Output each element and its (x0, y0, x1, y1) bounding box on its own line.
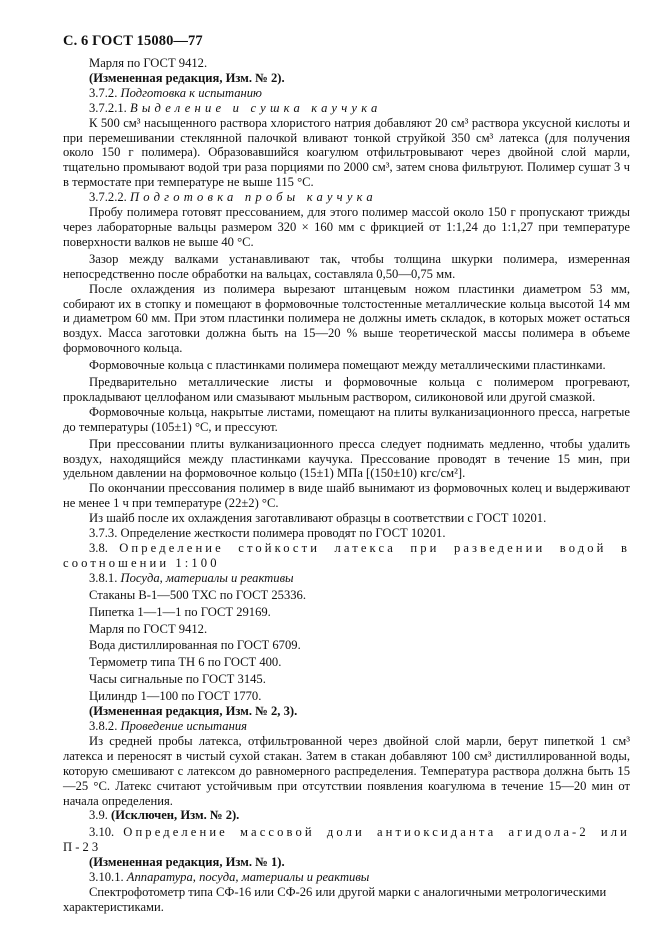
list-item: Цилиндр 1—100 по ГОСТ 1770. (63, 689, 630, 704)
document-body: Марля по ГОСТ 9412. (Измененная редакция… (63, 56, 630, 915)
section-number: 3.7.2.2. (89, 190, 127, 204)
list-item: Часы сигнальные по ГОСТ 3145. (63, 672, 630, 687)
paragraph: К 500 см³ насыщенного раствора хлористог… (63, 116, 630, 191)
section-number: 3.8.1. (89, 571, 117, 585)
paragraph: Формовочные кольца с пластинками полимер… (63, 358, 630, 373)
section-heading: 3.10. Определение массовой доли антиокси… (63, 825, 630, 855)
section-number: 3.7.2.1. (89, 101, 127, 115)
text-line: Марля по ГОСТ 9412. (63, 56, 630, 71)
paragraph: 3.7.3. Определение жесткости полимера пр… (63, 526, 630, 541)
paragraph: По окончании прессования полимер в виде … (63, 481, 630, 511)
section-heading: 3.8.2. Проведение испытания (63, 719, 630, 734)
section-number: 3.10. (89, 825, 114, 839)
section-title: Определение массовой доли антиоксиданта … (63, 825, 630, 854)
paragraph: Формовочные кольца, накрытые листами, по… (63, 405, 630, 435)
paragraph: Спектрофотометр типа СФ-16 или СФ-26 или… (63, 885, 630, 915)
section-heading: 3.8.1. Посуда, материалы и реактивы (63, 571, 630, 586)
paragraph: Из средней пробы латекса, отфильтрованно… (63, 734, 630, 809)
paragraph: Пробу полимера готовят прессованием, для… (63, 205, 630, 250)
list-item: Стаканы В-1—500 ТХС по ГОСТ 25336. (63, 588, 630, 603)
paragraph: При прессовании плиты вулканизационного … (63, 437, 630, 482)
list-item: Пипетка 1—1—1 по ГОСТ 29169. (63, 605, 630, 620)
amendment-note: (Измененная редакция, Изм. № 2). (63, 71, 630, 86)
section-number: 3.10.1. (89, 870, 124, 884)
list-item: Термометр типа ТН 6 по ГОСТ 400. (63, 655, 630, 670)
section-number: 3.8. (89, 541, 108, 555)
exclusion-note: (Исключен, Изм. № 2). (111, 808, 239, 822)
section-heading: 3.8. Определение стойкости латекса при р… (63, 541, 630, 571)
paragraph: После охлаждения из полимера вырезают шт… (63, 282, 630, 357)
list-item: Марля по ГОСТ 9412. (63, 622, 630, 637)
section-title: Подготовка к испытанию (121, 86, 262, 100)
section-heading: 3.7.2.1. Выделение и сушка каучука (63, 101, 630, 116)
section-title: Посуда, материалы и реактивы (121, 571, 294, 585)
section-heading: 3.10.1. Аппаратура, посуда, материалы и … (63, 870, 630, 885)
section-title: Подготовка пробы каучука (130, 190, 377, 204)
paragraph: Зазор между валками устанавливают так, ч… (63, 252, 630, 282)
section-heading: 3.7.2. Подготовка к испытанию (63, 86, 630, 101)
section-number: 3.8.2. (89, 719, 117, 733)
amendment-note: (Измененная редакция, Изм. № 1). (63, 855, 630, 870)
paragraph: Предварительно металлические листы и фор… (63, 375, 630, 405)
amendment-note: (Измененная редакция, Изм. № 2, 3). (63, 704, 630, 719)
section-heading: 3.9. (Исключен, Изм. № 2). (63, 808, 630, 823)
section-title: Выделение и сушка каучука (130, 101, 382, 115)
section-title: Проведение испытания (121, 719, 248, 733)
section-number: 3.9. (89, 808, 108, 822)
section-number: 3.7.2. (89, 86, 117, 100)
section-title: Аппаратура, посуда, материалы и реактивы (127, 870, 370, 884)
section-heading: 3.7.2.2. Подготовка пробы каучука (63, 190, 630, 205)
section-title: Определение стойкости латекса при развед… (63, 541, 630, 570)
page-header: С. 6 ГОСТ 15080—77 (63, 33, 203, 50)
list-item: Вода дистиллированная по ГОСТ 6709. (63, 638, 630, 653)
paragraph: Из шайб после их охлаждения заготавливаю… (63, 511, 630, 526)
